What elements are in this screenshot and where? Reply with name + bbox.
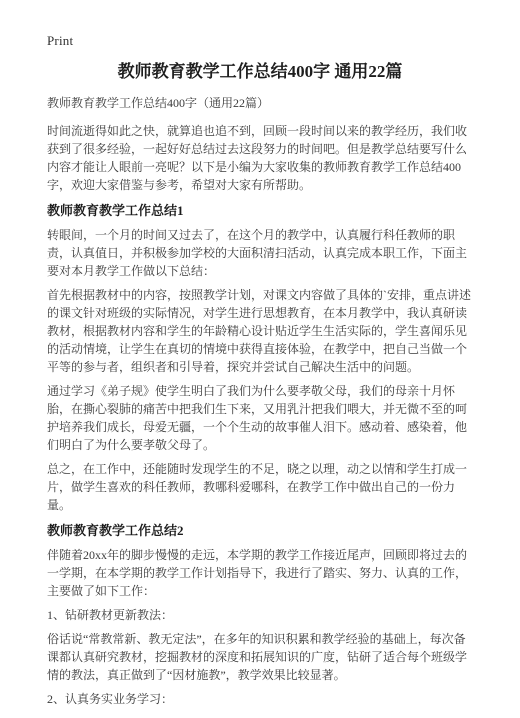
- section-heading: 教师教育教学工作总结2: [47, 522, 473, 540]
- document-blocks: 时间流逝得如此之快，就算追也追不到，回顾一段时间以来的教学经历，我们收获到了很多…: [47, 122, 473, 708]
- paragraph: 俗话说“常教常新、教无定法”，在多年的知识积累和教学经验的基础上，每次备课都认真…: [47, 630, 473, 684]
- document-subtitle: 教师教育教学工作总结400字（通用22篇）: [47, 94, 473, 112]
- paragraph: 伴随着20xx年的脚步慢慢的走远，本学期的教学工作接近尾声，回顾即将过去的一学期…: [47, 546, 473, 600]
- print-link[interactable]: Print: [47, 34, 473, 48]
- paragraph: 时间流逝得如此之快，就算追也追不到，回顾一段时间以来的教学经历，我们收获到了很多…: [47, 122, 473, 194]
- paragraph: 首先根据教材中的内容，按照教学计划，对课文内容做了具体的`安排，重点讲述的课文针…: [47, 286, 473, 376]
- print-preview-page: Print 教师教育教学工作总结400字 通用22篇 教师教育教学工作总结400…: [0, 0, 520, 718]
- paragraph: 通过学习《弟子规》使学生明白了我们为什么要孝敬父母，我们的母亲十月怀胎，在撕心裂…: [47, 382, 473, 454]
- paragraph: 1、钻研教材更新教法：: [47, 606, 473, 624]
- paragraph: 2、认真务实业务学习：: [47, 690, 473, 708]
- paragraph: 转眼间，一个月的时间又过去了，在这个月的教学中，认真履行科任教师的职责，认真值日…: [47, 226, 473, 280]
- paragraph: 总之，在工作中，还能随时发现学生的不足，晓之以理，动之以情和学生打成一片，做学生…: [47, 460, 473, 514]
- section-heading: 教师教育教学工作总结1: [47, 202, 473, 220]
- document-title: 教师教育教学工作总结400字 通用22篇: [47, 60, 473, 84]
